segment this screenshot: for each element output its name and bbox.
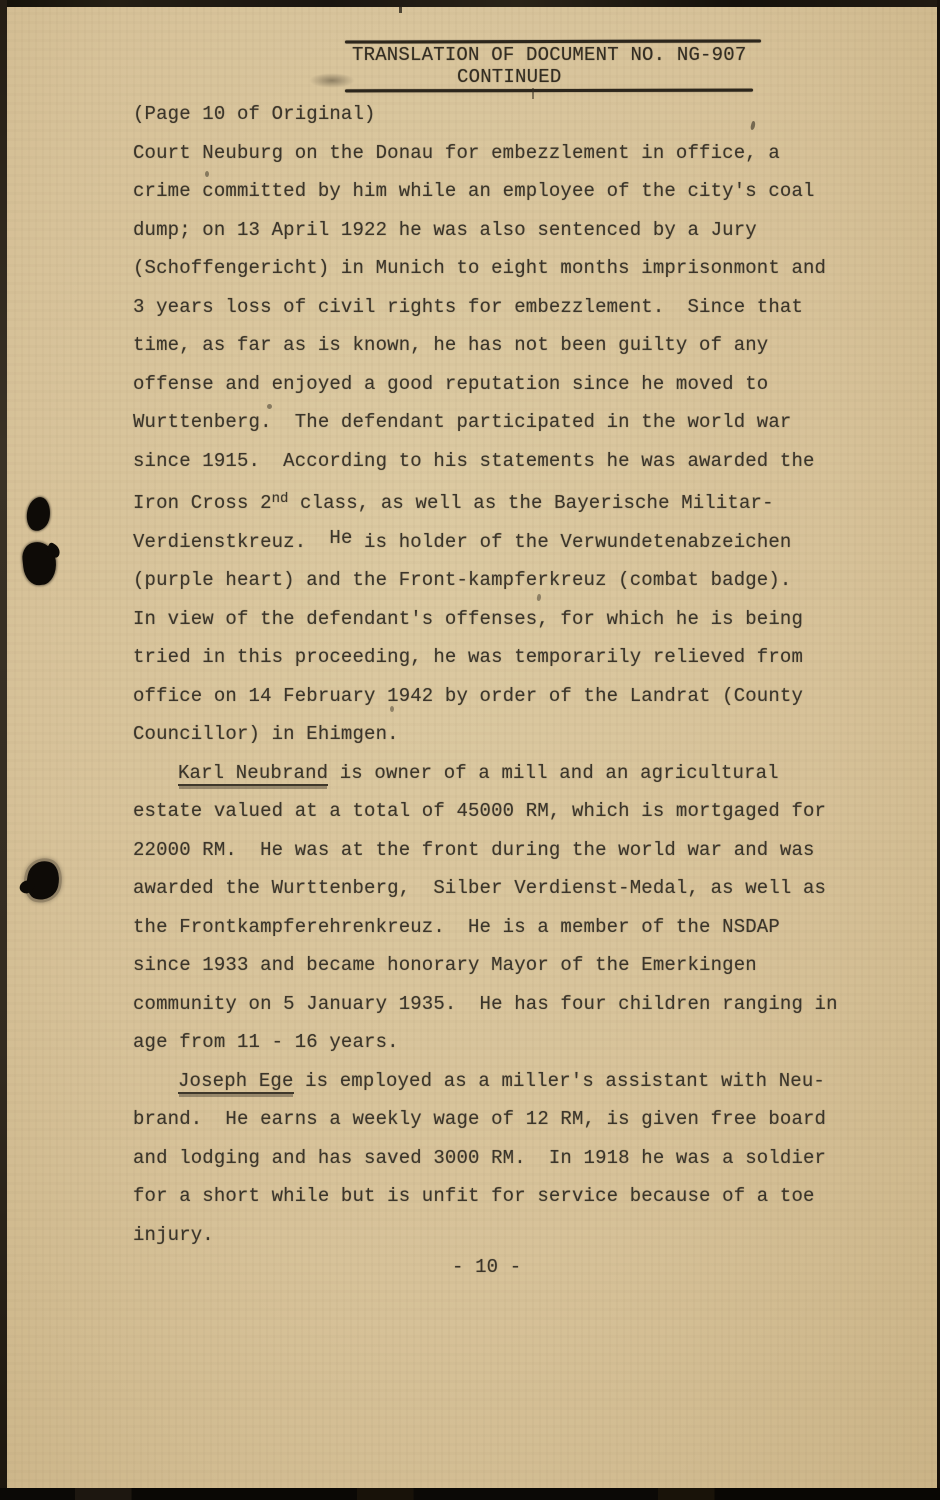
ink-blot (23, 858, 62, 903)
text-segment: tried in this proceeding, he was tempora… (133, 646, 803, 668)
text-segment: brand. He earns a weekly wage of 12 RM, … (133, 1108, 826, 1130)
text-segment: 3 years loss of civil rights for embezzl… (133, 296, 803, 318)
text-segment: dump; on 13 April 1922 he was also sente… (133, 219, 757, 241)
text-segment: injury. (133, 1224, 214, 1246)
text-line: Verdienstkreuz. He is holder of the Verw… (133, 523, 863, 562)
text-line: office on 14 February 1942 by order of t… (133, 677, 863, 716)
stray-mark (267, 404, 272, 409)
text-segment: 22000 RM. He was at the front during the… (133, 839, 815, 861)
text-segment: the Frontkampferehrenkreuz. He is a memb… (133, 916, 780, 938)
text-line: time, as far as is known, he has not bee… (133, 326, 863, 365)
text-segment-underline: Joseph Ege (178, 1070, 294, 1094)
text-segment: offense and enjoyed a good reputation si… (133, 373, 768, 395)
text-line: community on 5 January 1935. He has four… (133, 985, 863, 1024)
text-line: 22000 RM. He was at the front during the… (133, 831, 863, 870)
text-segment: In view of the defendant's offenses, for… (133, 608, 803, 630)
document-body: (Page 10 of Original)Court Neuburg on th… (133, 95, 863, 1254)
text-segment: class, as well as the Bayerische Militar… (288, 492, 773, 514)
scan-edge-top (0, 0, 940, 7)
header-title: TRANSLATION OF DOCUMENT NO. NG-907 (345, 44, 765, 66)
stray-mark (532, 88, 534, 99)
text-line: age from 11 - 16 years. (133, 1023, 863, 1062)
text-segment: (purple heart) and the Front-kampferkreu… (133, 569, 791, 591)
text-segment: office on 14 February 1942 by order of t… (133, 685, 803, 707)
text-segment: Councillor) in Ehimgen. (133, 723, 399, 745)
text-line: awarded the Wurttenberg, Silber Verdiens… (133, 869, 863, 908)
text-line: dump; on 13 April 1922 he was also sente… (133, 211, 863, 250)
document-header: TRANSLATION OF DOCUMENT NO. NG-907 CONTI… (345, 40, 765, 92)
text-line: In view of the defendant's offenses, for… (133, 600, 863, 639)
text-segment: and lodging and has saved 3000 RM. In 19… (133, 1147, 826, 1169)
text-segment: age from 11 - 16 years. (133, 1031, 399, 1053)
scan-edge-bottom (0, 1488, 940, 1500)
ink-blot (21, 540, 58, 586)
text-segment-underline: Karl Neubrand (178, 762, 328, 786)
text-line: Joseph Ege is employed as a miller's ass… (133, 1062, 863, 1101)
page-number: - 10 - (452, 1256, 521, 1278)
text-line: since 1915. According to his statements … (133, 442, 863, 481)
text-line: Iron Cross 2nd class, as well as the Bay… (133, 480, 863, 523)
text-line: Wurttenberg. The defendant participated … (133, 403, 863, 442)
text-line: offense and enjoyed a good reputation si… (133, 365, 863, 404)
stray-mark (205, 171, 209, 177)
text-line: Councillor) in Ehimgen. (133, 715, 863, 754)
text-segment-sup: nd (272, 491, 289, 507)
text-line: Karl Neubrand is owner of a mill and an … (133, 754, 863, 793)
header-subtitle: CONTINUED (345, 67, 765, 87)
text-segment: is employed as a miller's assistant with… (294, 1070, 825, 1092)
text-segment-raise: He (329, 527, 352, 549)
text-segment: (Page 10 of Original) (133, 103, 376, 125)
text-line: and lodging and has saved 3000 RM. In 19… (133, 1139, 863, 1178)
ink-blot (25, 496, 53, 533)
header-rule-top (345, 39, 761, 43)
text-line: brand. He earns a weekly wage of 12 RM, … (133, 1100, 863, 1139)
ink-smudge (309, 73, 355, 88)
text-segment: since 1915. According to his statements … (133, 450, 815, 472)
text-segment: awarded the Wurttenberg, Silber Verdiens… (133, 877, 826, 899)
scanned-document-page: TRANSLATION OF DOCUMENT NO. NG-907 CONTI… (0, 0, 940, 1500)
text-segment: since 1933 and became honorary Mayor of … (133, 954, 757, 976)
text-segment: Iron Cross 2 (133, 492, 272, 514)
text-segment: (Schoffengericht) in Munich to eight mon… (133, 257, 826, 279)
header-rule-bottom (345, 89, 753, 93)
text-line: injury. (133, 1216, 863, 1255)
text-segment: Wurttenberg. The defendant participated … (133, 411, 791, 433)
text-segment: crime committed by him while an employee… (133, 180, 815, 202)
text-line: estate valued at a total of 45000 RM, wh… (133, 792, 863, 831)
text-segment: estate valued at a total of 45000 RM, wh… (133, 800, 826, 822)
text-segment: Court Neuburg on the Donau for embezzlem… (133, 142, 780, 164)
text-line: Court Neuburg on the Donau for embezzlem… (133, 134, 863, 173)
text-line: (purple heart) and the Front-kampferkreu… (133, 561, 863, 600)
text-line: since 1933 and became honorary Mayor of … (133, 946, 863, 985)
text-line: the Frontkampferehrenkreuz. He is a memb… (133, 908, 863, 947)
text-line: tried in this proceeding, he was tempora… (133, 638, 863, 677)
text-line: 3 years loss of civil rights for embezzl… (133, 288, 863, 327)
text-segment: is holder of the Verwundetenabzeichen (353, 531, 792, 553)
text-segment: for a short while but is unfit for servi… (133, 1185, 815, 1207)
scan-edge-left (0, 0, 7, 1500)
text-line: crime committed by him while an employee… (133, 172, 863, 211)
text-line: (Schoffengericht) in Munich to eight mon… (133, 249, 863, 288)
stray-mark (390, 706, 394, 712)
text-segment: community on 5 January 1935. He has four… (133, 993, 838, 1015)
text-line: for a short while but is unfit for servi… (133, 1177, 863, 1216)
text-segment: time, as far as is known, he has not bee… (133, 334, 768, 356)
text-segment: Verdienstkreuz. (133, 531, 329, 553)
text-segment: is owner of a mill and an agricultural (328, 762, 779, 784)
